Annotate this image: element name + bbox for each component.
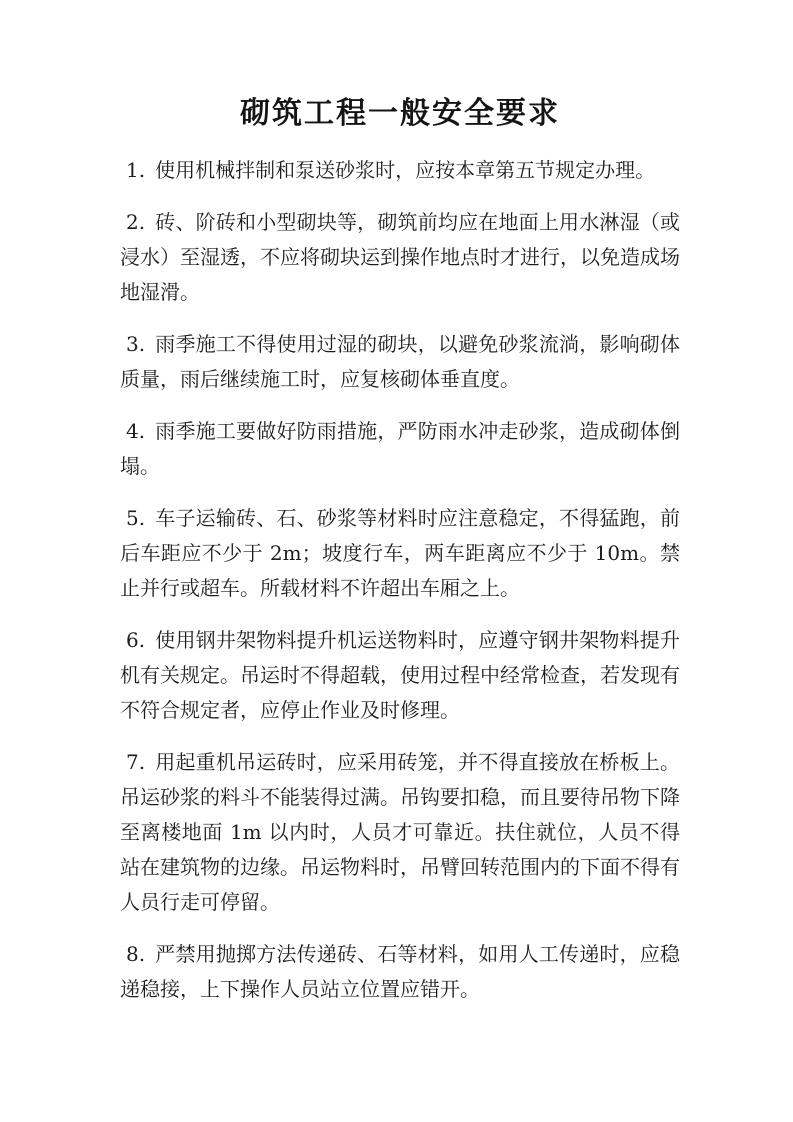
page-title: 砌筑工程一般安全要求 (120, 93, 680, 135)
item-number: 3. (126, 327, 145, 362)
item-number: 7. (126, 745, 145, 780)
item-text: 使用机械拌制和泵送砂浆时，应按本章第五节规定办理。 (155, 158, 655, 182)
list-item: 8.严禁用抛掷方法传递砖、石等材料，如用人工传递时，应稳递稳接，上下操作人员站立… (120, 937, 680, 1007)
list-item: 6.使用钢井架物料提升机运送物料时，应遵守钢井架物料提升机有关规定。吊运时不得超… (120, 623, 680, 728)
list-item: 3.雨季施工不得使用过湿的砌块，以避免砂浆流淌，影响砌体质量，雨后继续施工时，应… (120, 327, 680, 397)
item-text: 用起重机吊运砖时，应采用砖笼，并不得直接放在桥板上。吊运砂浆的料斗不能装得过满。… (120, 750, 680, 914)
item-text: 使用钢井架物料提升机运送物料时，应遵守钢井架物料提升机有关规定。吊运时不得超载，… (120, 628, 680, 722)
item-number: 1. (126, 153, 145, 188)
item-number: 8. (126, 937, 145, 972)
item-text: 雨季施工要做好防雨措施，严防雨水冲走砂浆，造成砌体倒塌。 (120, 419, 680, 478)
item-text: 严禁用抛掷方法传递砖、石等材料，如用人工传递时，应稳递稳接，上下操作人员站立位置… (120, 942, 680, 1001)
item-number: 6. (126, 623, 145, 658)
item-text: 雨季施工不得使用过湿的砌块，以避免砂浆流淌，影响砌体质量，雨后继续施工时，应复核… (120, 332, 680, 391)
item-text: 车子运输砖、石、砂浆等材料时应注意稳定，不得猛跑，前后车距应不少于 2m；坡度行… (120, 506, 680, 600)
list-item: 7.用起重机吊运砖时，应采用砖笼，并不得直接放在桥板上。吊运砂浆的料斗不能装得过… (120, 745, 680, 920)
item-number: 4. (126, 414, 145, 449)
list-item: 4.雨季施工要做好防雨措施，严防雨水冲走砂浆，造成砌体倒塌。 (120, 414, 680, 484)
item-number: 5. (126, 501, 145, 536)
list-item: 5.车子运输砖、石、砂浆等材料时应注意稳定，不得猛跑，前后车距应不少于 2m；坡… (120, 501, 680, 606)
document-page: 砌筑工程一般安全要求 1.使用机械拌制和泵送砂浆时，应按本章第五节规定办理。 2… (0, 0, 793, 1122)
item-number: 2. (126, 205, 145, 240)
list-item: 2.砖、阶砖和小型砌块等，砌筑前均应在地面上用水淋湿（或浸水）至湿透，不应将砌块… (120, 205, 680, 310)
list-item: 1.使用机械拌制和泵送砂浆时，应按本章第五节规定办理。 (120, 153, 680, 188)
item-text: 砖、阶砖和小型砌块等，砌筑前均应在地面上用水淋湿（或浸水）至湿透，不应将砌块运到… (120, 210, 680, 304)
